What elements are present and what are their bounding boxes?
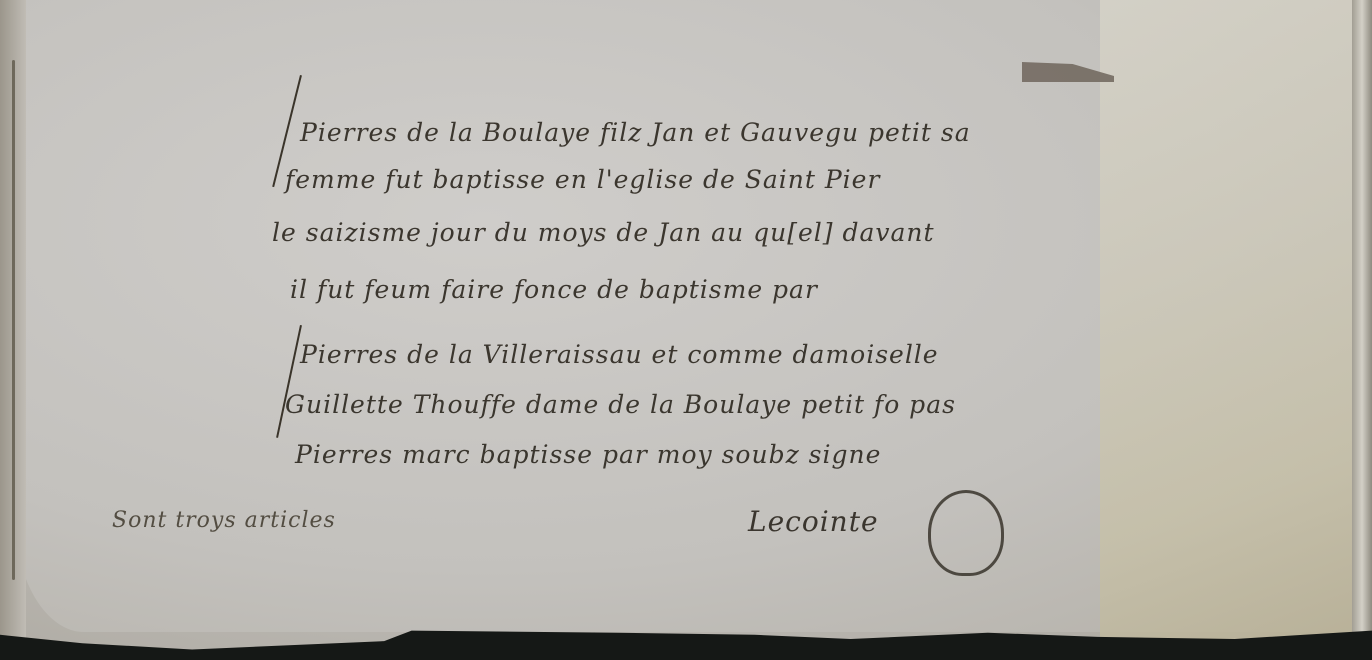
signature: Lecointe [748, 505, 879, 538]
entry-line-1: Pierres de la Boulaye filz Jan et Gauveg… [300, 118, 971, 147]
entry-line-7: Pierres marc baptisse par moy soubz sign… [295, 440, 881, 469]
register-page: Pierres de la Boulaye filz Jan et Gauveg… [0, 0, 1372, 660]
binding-crease [12, 60, 15, 580]
paper-repair-patch [1100, 0, 1355, 640]
entry-line-4: il fut feum faire fonce de baptisme par [290, 275, 818, 304]
signature-paraph-icon [928, 490, 1004, 576]
margin-note: Sont troys articles [112, 508, 336, 533]
entry-line-2: femme fut baptisse en l'eglise de Saint … [285, 165, 880, 194]
page-edge [1352, 0, 1372, 660]
entry-line-5: Pierres de la Villeraissau et comme damo… [300, 340, 939, 369]
entry-line-6: Guillette Thouffe dame de la Boulaye pet… [285, 390, 956, 419]
entry-line-3: le saizisme jour du moys de Jan au qu[el… [272, 218, 935, 247]
